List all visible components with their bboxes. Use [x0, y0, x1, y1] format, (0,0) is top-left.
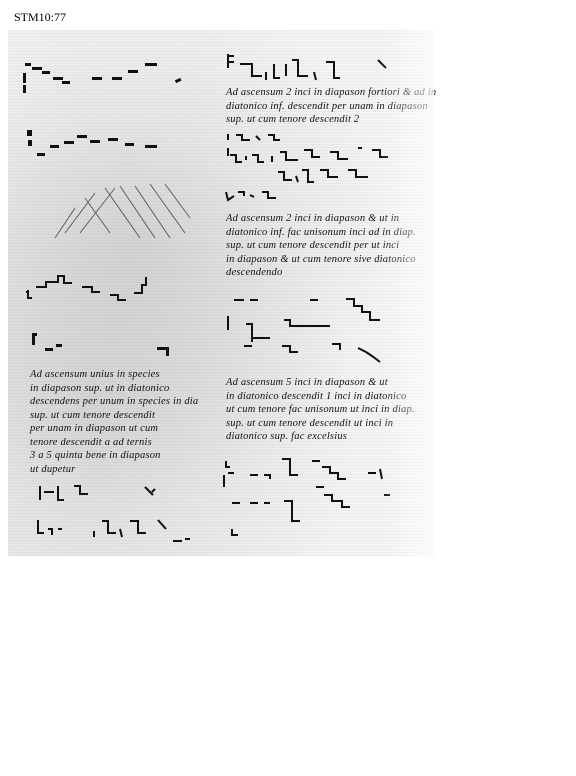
page-caption: STM10:77 — [14, 10, 66, 25]
left-passage: Ad ascensum unius in species in diapason… — [30, 368, 198, 476]
notation-staff-3 — [22, 265, 162, 305]
notation-staff-2 — [20, 125, 220, 170]
left-passage-line: sup. ut cum tenore descendit — [30, 409, 198, 423]
left-passage-line: in diapason sup. ut in diatonico — [30, 382, 198, 396]
left-passage-line: 3 a 5 quinta bene in diapason — [30, 449, 198, 463]
left-passage-line: ut dupetur — [30, 463, 198, 477]
left-passage-line: Ad ascensum unius in species — [30, 368, 198, 382]
left-passage-line: per unam in diapason ut cum — [30, 422, 198, 436]
notation-staff-4 — [25, 330, 185, 360]
notation-staff-6 — [30, 515, 200, 550]
notation-staff-5 — [30, 480, 180, 510]
hatched-diagram — [45, 178, 195, 248]
notation-staff-1 — [20, 55, 220, 105]
left-passage-line: descendens per unum in species in dia — [30, 395, 198, 409]
scan-edge-fade — [380, 30, 434, 556]
left-passage-line: tenore descendit a ad ternis — [30, 436, 198, 450]
